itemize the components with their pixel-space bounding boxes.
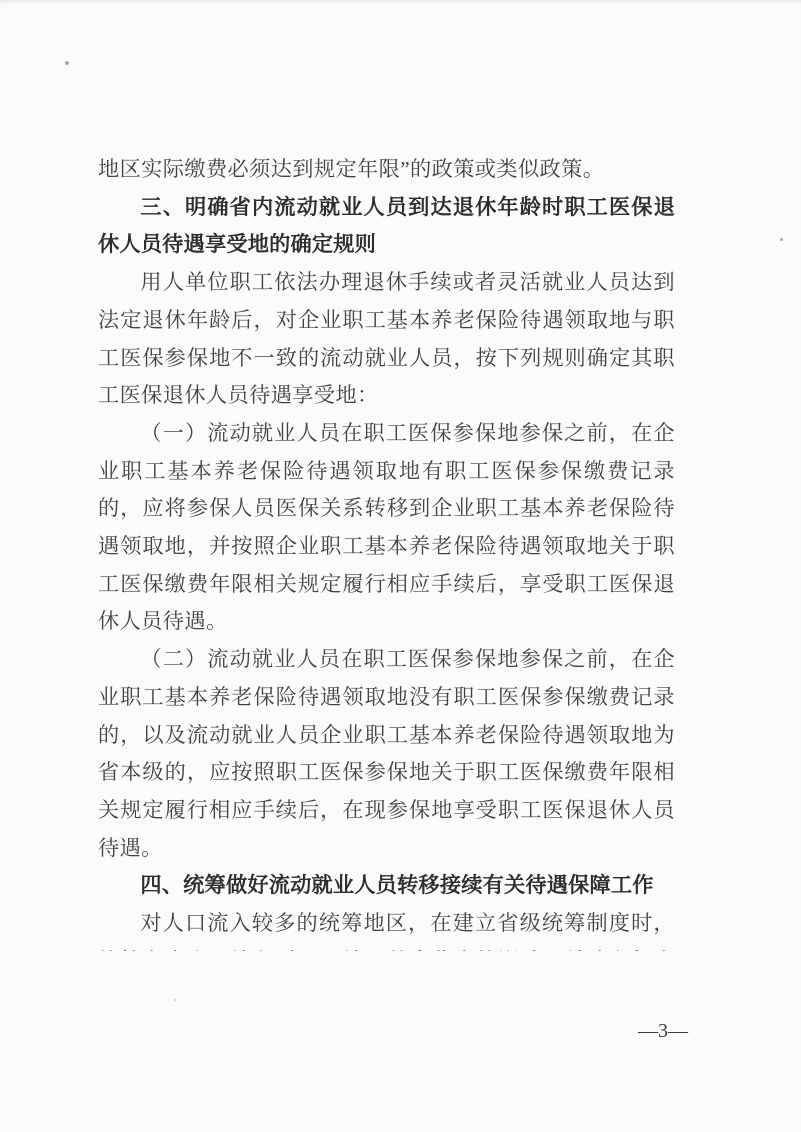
page-number: —3— xyxy=(633,1020,693,1043)
section-heading-three: 三、明确省内流动就业人员到达退休年龄时职工医保退休人员待遇享受地的确定规则 xyxy=(98,189,675,264)
scan-speck-artifact xyxy=(65,61,69,65)
scanned-document-page: 地区实际缴费必须达到规定年限”的政策或类似政策。 三、明确省内流动就业人员到达退… xyxy=(0,0,801,1132)
body-paragraph-item-one: （一）流动就业人员在职工医保参保地参保之前，在企业职工基本养老保险待遇领取地有职… xyxy=(98,415,675,641)
document-body: 地区实际缴费必须达到规定年限”的政策或类似政策。 三、明确省内流动就业人员到达退… xyxy=(98,151,675,951)
body-paragraph: 用人单位职工依法办理退休手续或者灵活就业人员达到法定退休年龄后，对企业职工基本养… xyxy=(98,264,675,415)
body-paragraph: 对人口流入较多的统筹地区，在建立省级统筹制度时，统筹考虑人口流入对不同地区基金收… xyxy=(98,905,675,951)
body-paragraph-continuation: 地区实际缴费必须达到规定年限”的政策或类似政策。 xyxy=(98,151,675,189)
section-heading-four: 四、统筹做好流动就业人员转移接续有关待遇保障工作 xyxy=(98,867,675,905)
body-paragraph-item-two: （二）流动就业人员在职工医保参保地参保之前，在企业职工基本养老保险待遇领取地没有… xyxy=(98,641,675,867)
scan-speck-artifact xyxy=(174,999,176,1001)
scan-speck-artifact xyxy=(780,238,783,241)
